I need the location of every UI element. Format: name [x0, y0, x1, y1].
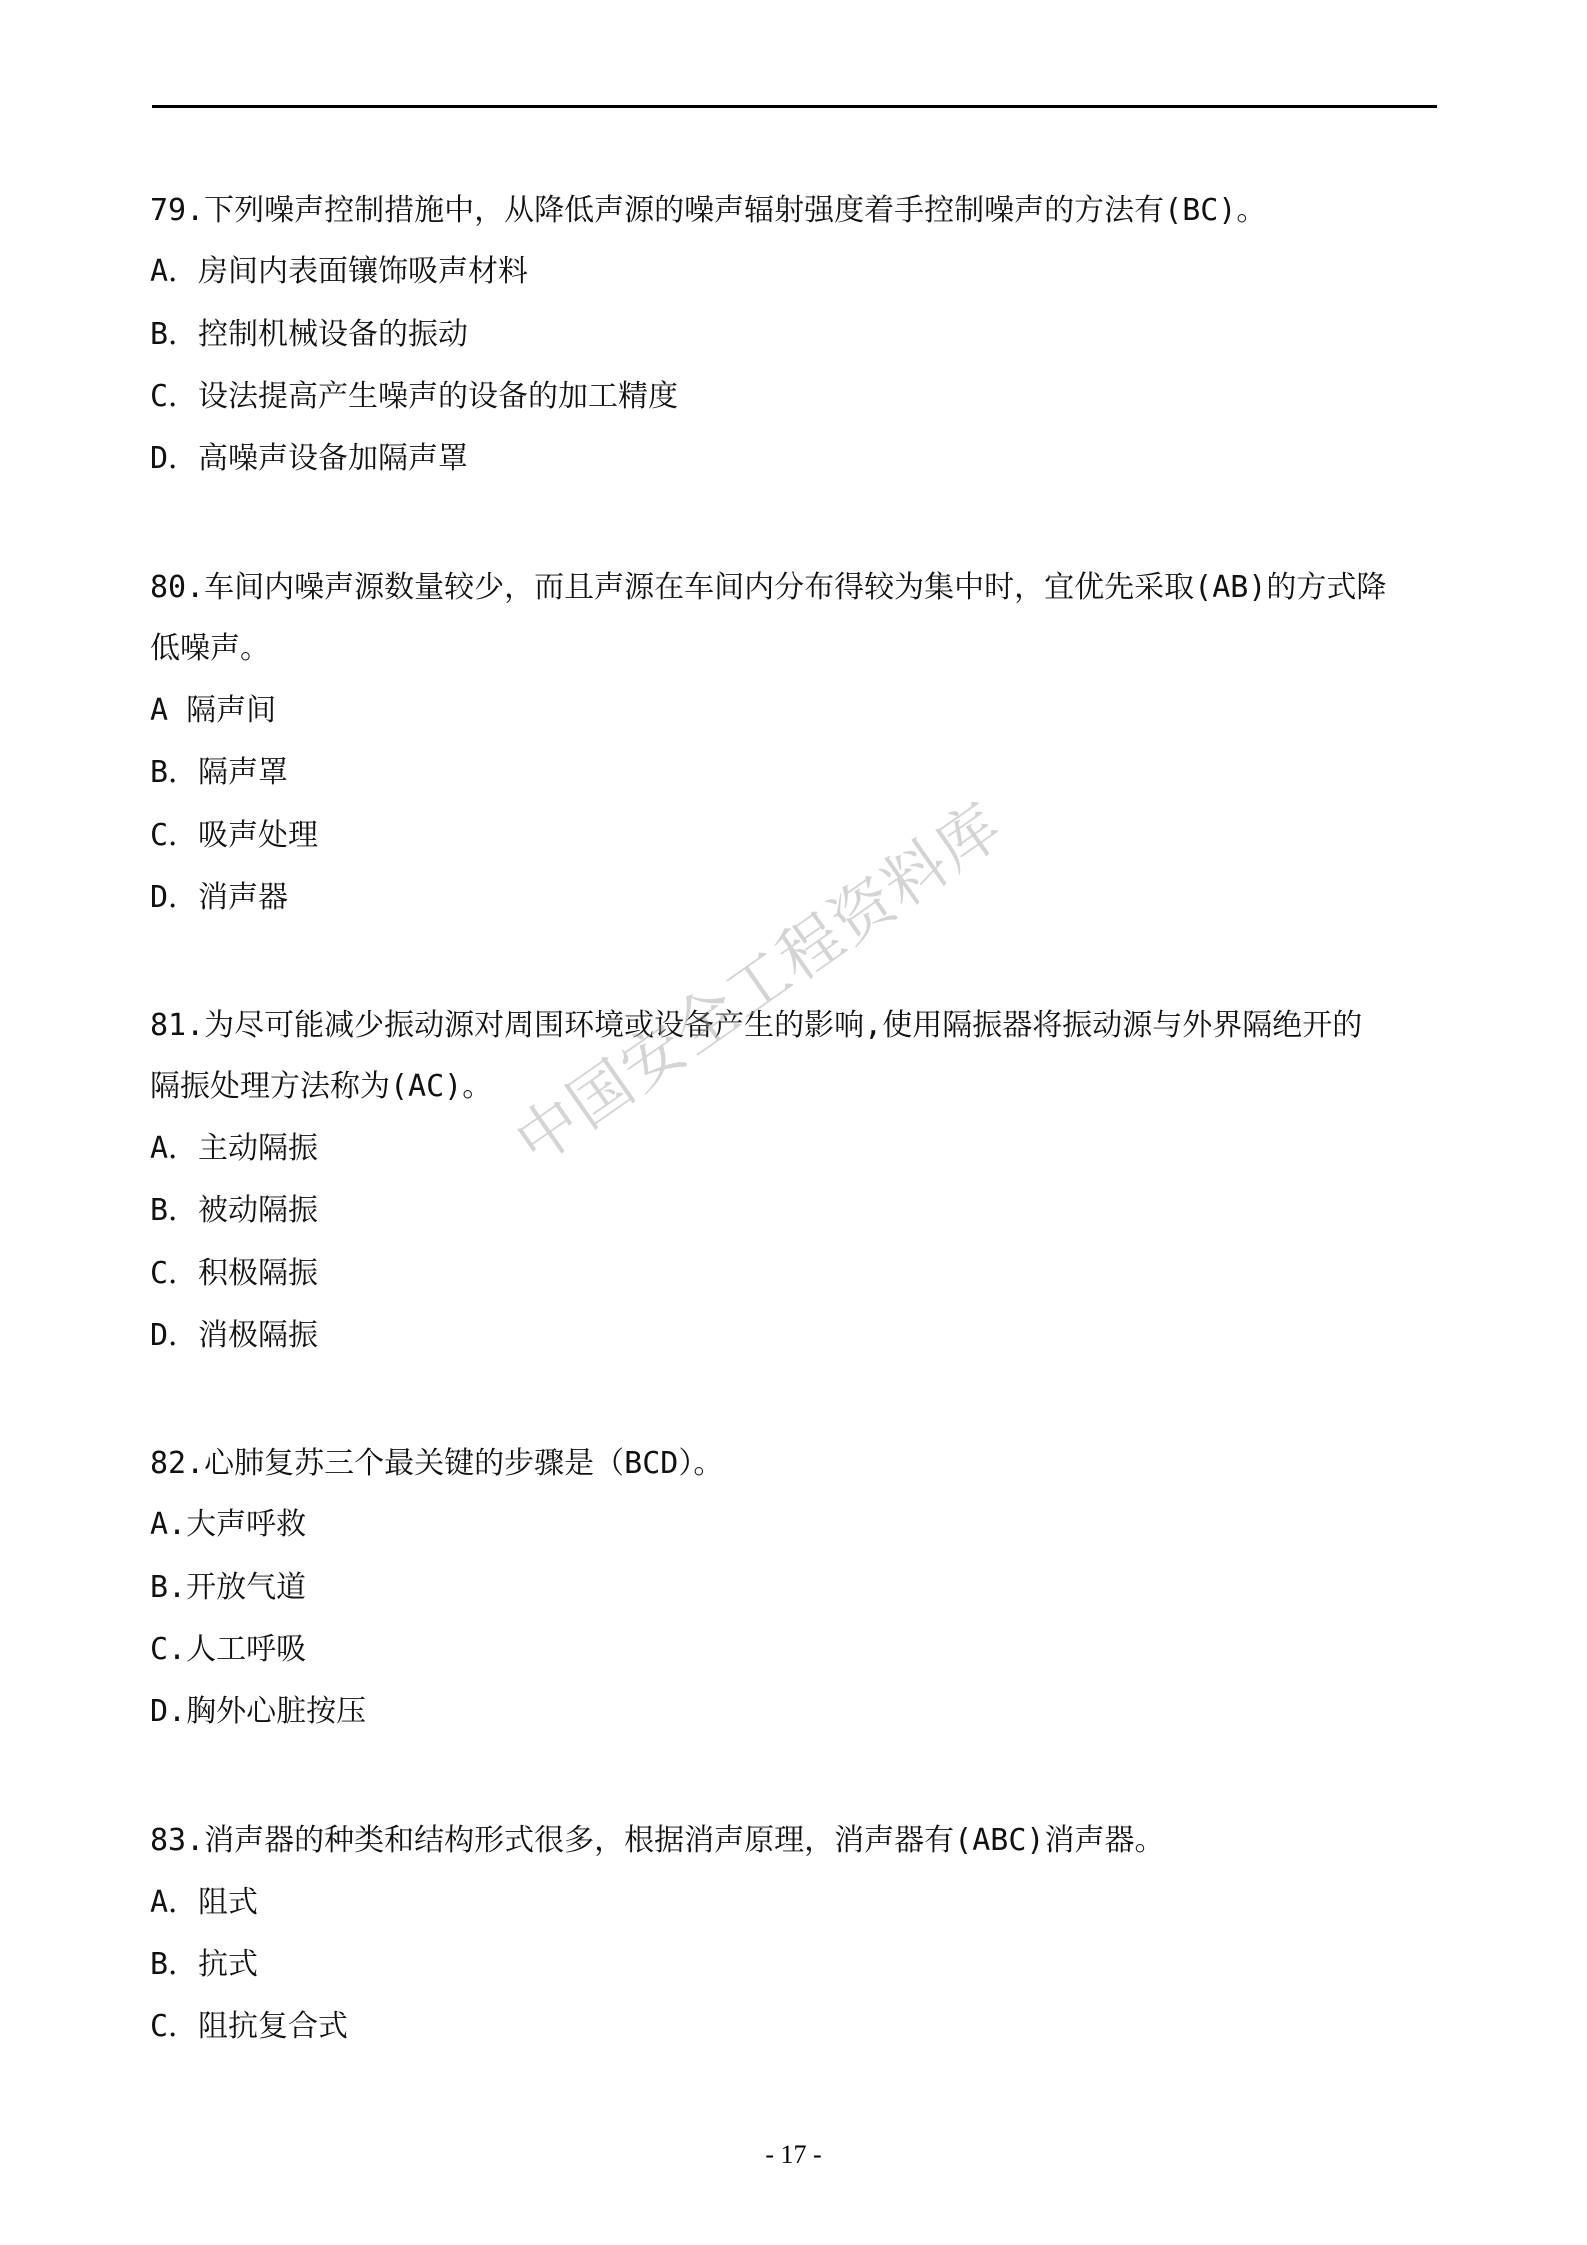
question-79-option-a: A．房间内表面镶饰吸声材料 — [150, 254, 528, 290]
question-81-option-d: D．消极隔振 — [150, 1318, 318, 1354]
question-82-option-a: A.大声呼救 — [150, 1507, 306, 1543]
question-80-option-d: D．消声器 — [150, 880, 288, 916]
question-81-option-c: C．积极隔振 — [150, 1256, 318, 1292]
question-81-option-b: B．被动隔振 — [150, 1193, 318, 1229]
question-82-option-c: C.人工呼吸 — [150, 1632, 306, 1668]
watermark: 中国安全工程资料库 — [494, 778, 1017, 1181]
question-83-stem: 83.消声器的种类和结构形式很多，根据消声原理，消声器有(ABC)消声器。 — [150, 1823, 1165, 1859]
header-rule — [152, 105, 1437, 108]
question-80-stem: 80.车间内噪声源数量较少，而且声源在车间内分布得较为集中时，宜优先采取(AB)… — [150, 570, 1386, 606]
question-79-option-c: C．设法提高产生噪声的设备的加工精度 — [150, 379, 678, 415]
question-83-option-a: A．阻式 — [150, 1885, 258, 1921]
question-79-option-b: B．控制机械设备的振动 — [150, 317, 468, 353]
question-80-option-a: A 隔声间 — [150, 693, 276, 729]
question-83-option-c: C．阻抗复合式 — [150, 2009, 348, 2045]
question-83-option-b: B．抗式 — [150, 1947, 258, 1983]
question-80-option-c: C．吸声处理 — [150, 818, 318, 854]
question-82-option-b: B.开放气道 — [150, 1570, 306, 1606]
page-number: - 17 - — [0, 2140, 1587, 2170]
question-79-option-d: D．高噪声设备加隔声罩 — [150, 441, 468, 477]
question-81-stem-cont: 隔振处理方法称为(AC)。 — [150, 1069, 492, 1105]
question-79-stem: 79.下列噪声控制措施中，从降低声源的噪声辐射强度着手控制噪声的方法有(BC)。 — [150, 193, 1266, 229]
question-82-option-d: D.胸外心脏按压 — [150, 1694, 366, 1730]
question-82-stem: 82.心肺复苏三个最关键的步骤是（BCD）。 — [150, 1446, 723, 1482]
question-80-option-b: B．隔声罩 — [150, 755, 288, 791]
question-81-stem: 81.为尽可能减少振动源对周围环境或设备产生的影响,使用隔振器将振动源与外界隔绝… — [150, 1008, 1362, 1044]
question-81-option-a: A．主动隔振 — [150, 1131, 318, 1167]
question-80-stem-cont: 低噪声。 — [150, 631, 270, 667]
